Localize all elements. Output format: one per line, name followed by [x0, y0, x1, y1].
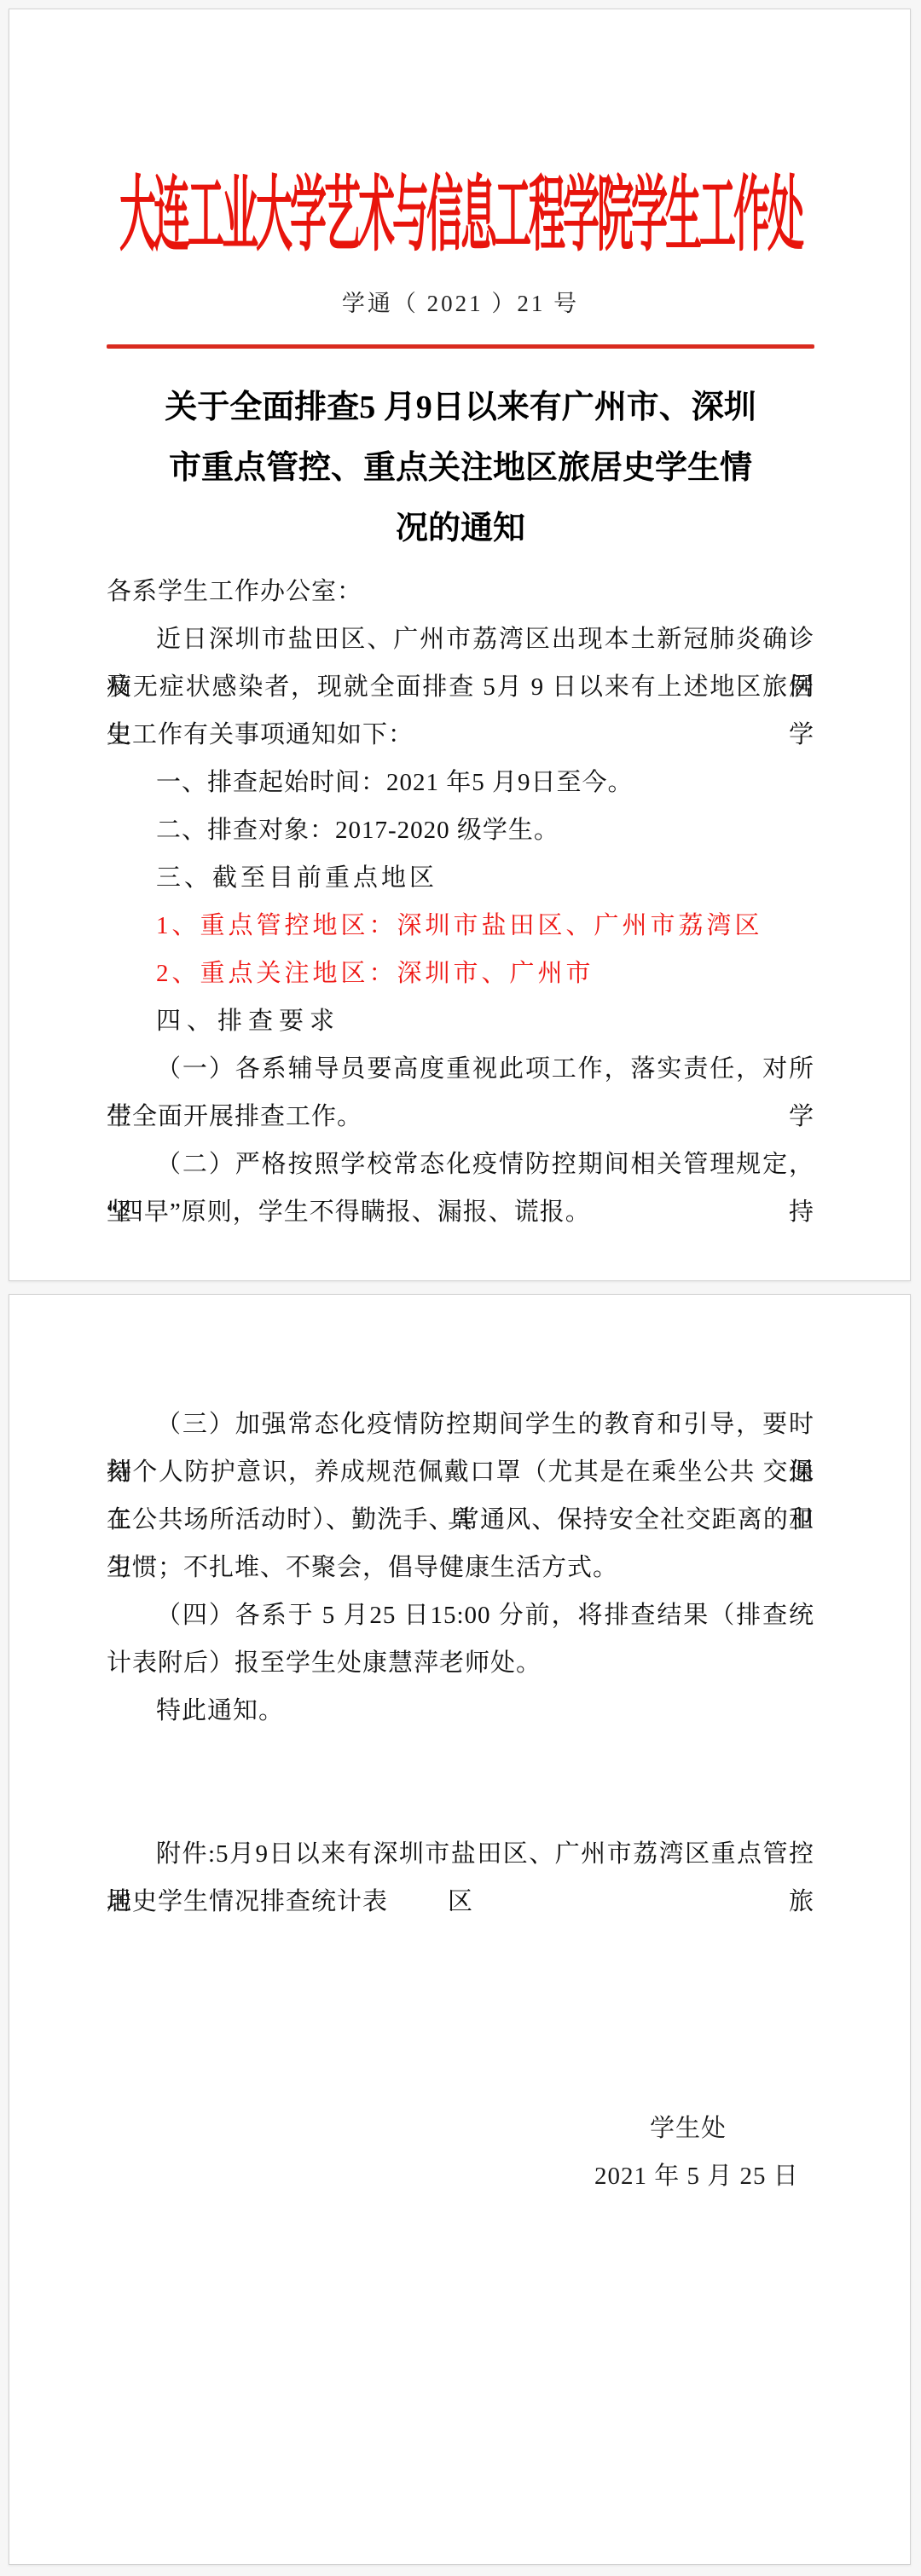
letterhead-org-title: 大连工业大学艺术与信息工程学院学生工作处	[119, 150, 802, 267]
body-line: 在公共场所活动时）、勤洗手、常通风、保持安全社交距离的卫生	[107, 1496, 814, 1544]
notice-title: 关于全面排查5 月9日以来有广州市、深圳 市重点管控、重点关注地区旅居史学生情 …	[107, 378, 814, 559]
body-line: 习惯；不扎堆、不聚会，倡导健康生活方式。	[107, 1544, 814, 1591]
document-page-2: （三）加强常态化疫情防控期间学生的教育和引导，要时刻保 持个人防护意识，养成规范…	[9, 1294, 911, 2565]
body-line: 及无症状感染者，现就全面排查 5月 9 日以来有上述地区旅居史学	[107, 663, 814, 711]
body-line: （三）加强常态化疫情防控期间学生的教育和引导，要时刻保	[107, 1401, 814, 1448]
body-line: 计表附后）报至学生处康慧萍老师处。	[107, 1639, 814, 1687]
letterhead: 大连工业大学艺术与信息工程学院学生工作处	[107, 165, 814, 252]
body-line: （四）各系于 5 月25 日15:00 分前，将排查结果（排查统	[107, 1591, 814, 1639]
document-page-1: 大连工业大学艺术与信息工程学院学生工作处 学通（ 2021 ）21 号 关于全面…	[9, 9, 911, 1281]
section-1-line: 一、排查起始时间：2021 年5 月9日至今。	[107, 759, 814, 806]
notice-title-line: 关于全面排查5 月9日以来有广州市、深圳	[107, 378, 814, 438]
section-2-line: 二、排查对象：2017-2020 级学生。	[107, 806, 814, 854]
notice-title-line: 况的通知	[107, 499, 814, 559]
red-separator-line	[107, 344, 814, 349]
page-1-body: 各系学生工作办公室： 近日深圳市盐田区、广州市荔湾区出现本土新冠肺炎确诊病例 及…	[107, 568, 814, 1236]
page-2-body: （三）加强常态化疫情防控期间学生的教育和引导，要时刻保 持个人防护意识，养成规范…	[107, 1401, 814, 1926]
body-line: （二）严格按照学校常态化疫情防控期间相关管理规定，坚持	[107, 1141, 814, 1188]
closing-line: 特此通知。	[107, 1687, 814, 1735]
page-1-content: 大连工业大学艺术与信息工程学院学生工作处 学通（ 2021 ）21 号 关于全面…	[9, 165, 910, 1236]
signature-date: 2021 年 5 月 25 日	[594, 2152, 782, 2200]
notice-title-line: 市重点管控、重点关注地区旅居史学生情	[107, 438, 814, 499]
section-3-line: 三、截至目前重点地区	[107, 854, 814, 902]
body-line: 近日深圳市盐田区、广州市荔湾区出现本土新冠肺炎确诊病例	[107, 615, 814, 663]
key-control-area-line: 1、重点管控地区：深圳市盐田区、广州市荔湾区	[107, 902, 814, 950]
section-4-line: 四、排查要求	[107, 997, 814, 1045]
page-2-content: （三）加强常态化疫情防控期间学生的教育和引导，要时刻保 持个人防护意识，养成规范…	[9, 1295, 910, 2200]
body-line: 持个人防护意识，养成规范佩戴口罩（尤其是在乘坐公共 交通工具和	[107, 1448, 814, 1496]
doc-number: 学通（ 2021 ）21 号	[107, 286, 814, 321]
attachment-note-line: 附件:5月9日以来有深圳市盐田区、广州市荔湾区重点管控地区旅	[107, 1830, 814, 1878]
body-line: （一）各系辅导员要高度重视此项工作，落实责任，对所带学	[107, 1045, 814, 1093]
key-attention-area-line: 2、重点关注地区：深圳市、广州市	[107, 950, 814, 997]
signature-org: 学生处	[594, 2105, 782, 2152]
salutation-line: 各系学生工作办公室：	[107, 568, 814, 615]
signature-block: 学生处 2021 年 5 月 25 日	[594, 2105, 782, 2200]
